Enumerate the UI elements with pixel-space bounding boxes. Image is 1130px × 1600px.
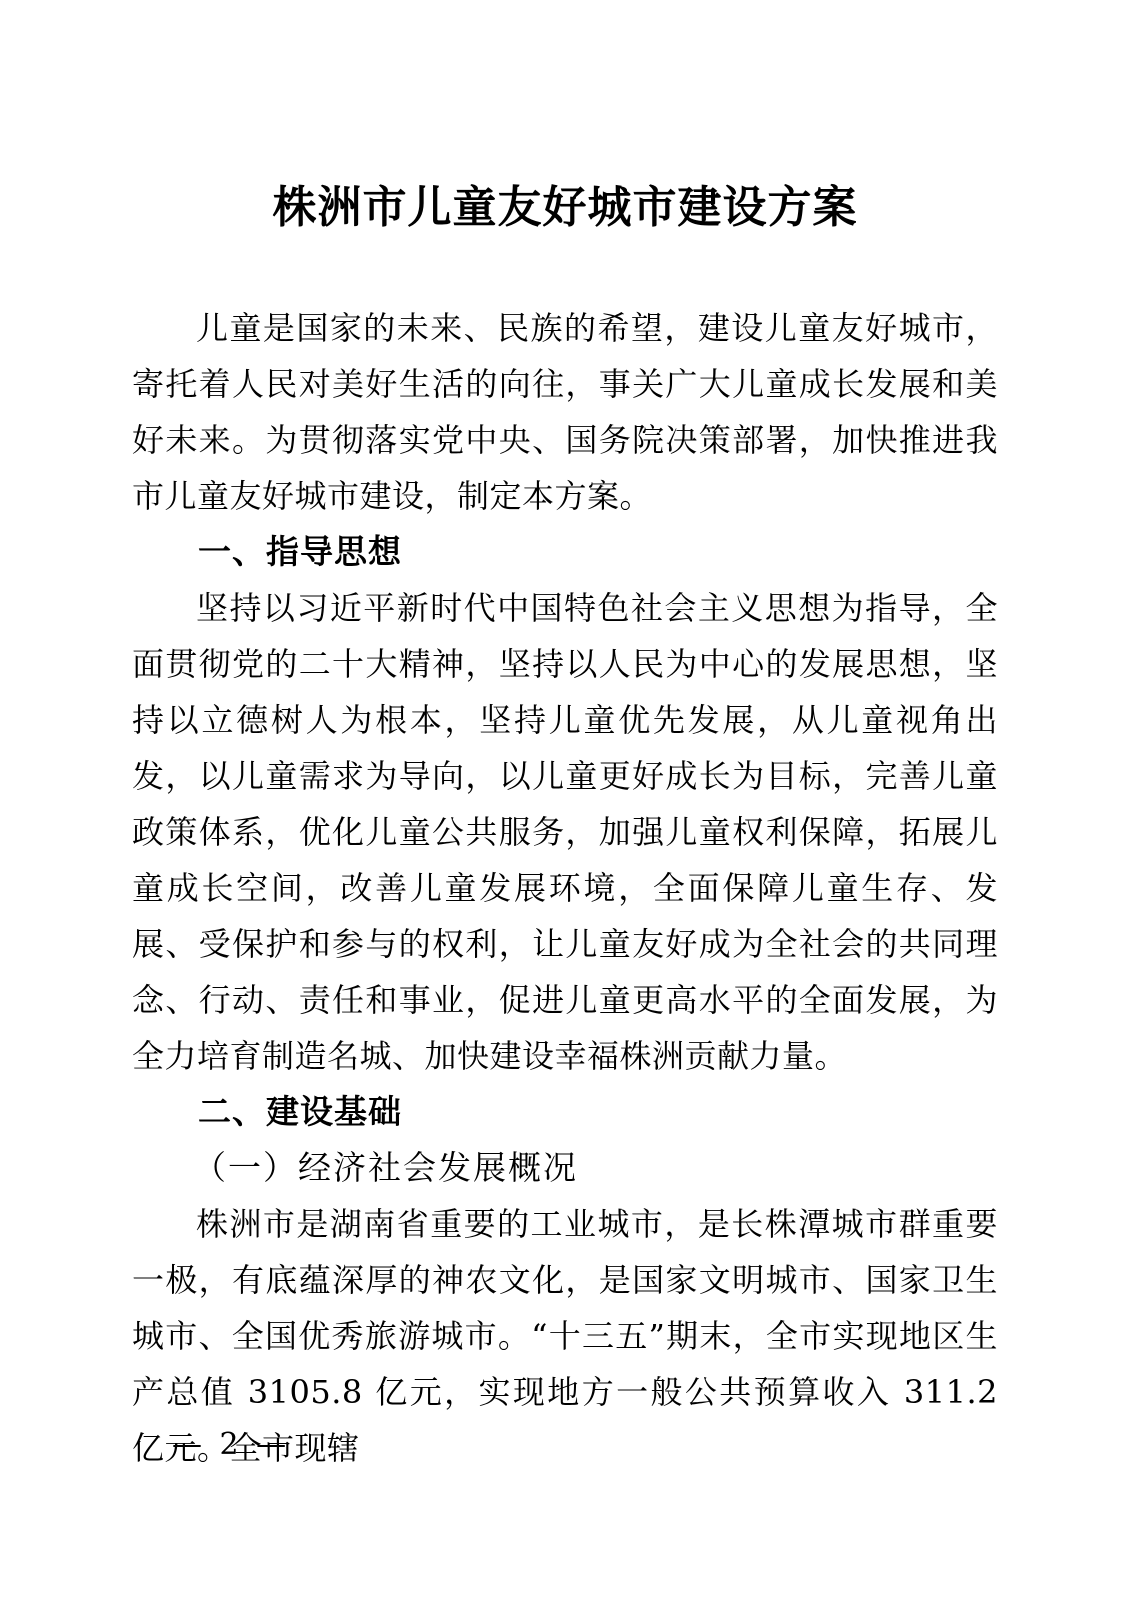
document-content: 株洲市儿童友好城市建设方案 儿童是国家的未来、民族的希望，建设儿童友好城市，寄托… (132, 176, 998, 1476)
intro-paragraph: 儿童是国家的未来、民族的希望，建设儿童友好城市，寄托着人民对美好生活的向往，事关… (132, 300, 998, 524)
document-page: 株洲市儿童友好城市建设方案 儿童是国家的未来、民族的希望，建设儿童友好城市，寄托… (0, 0, 1130, 1600)
section-2-subsection-heading: （一）经济社会发展概况 (132, 1140, 998, 1196)
section-1-heading: 一、指导思想 (132, 524, 998, 580)
section-1-paragraph: 坚持以习近平新时代中国特色社会主义思想为指导，全面贯彻党的二十大精神，坚持以人民… (132, 580, 998, 1084)
page-number: — 2 — (172, 1428, 290, 1462)
section-2-heading: 二、建设基础 (132, 1084, 998, 1140)
document-title: 株洲市儿童友好城市建设方案 (132, 176, 998, 240)
